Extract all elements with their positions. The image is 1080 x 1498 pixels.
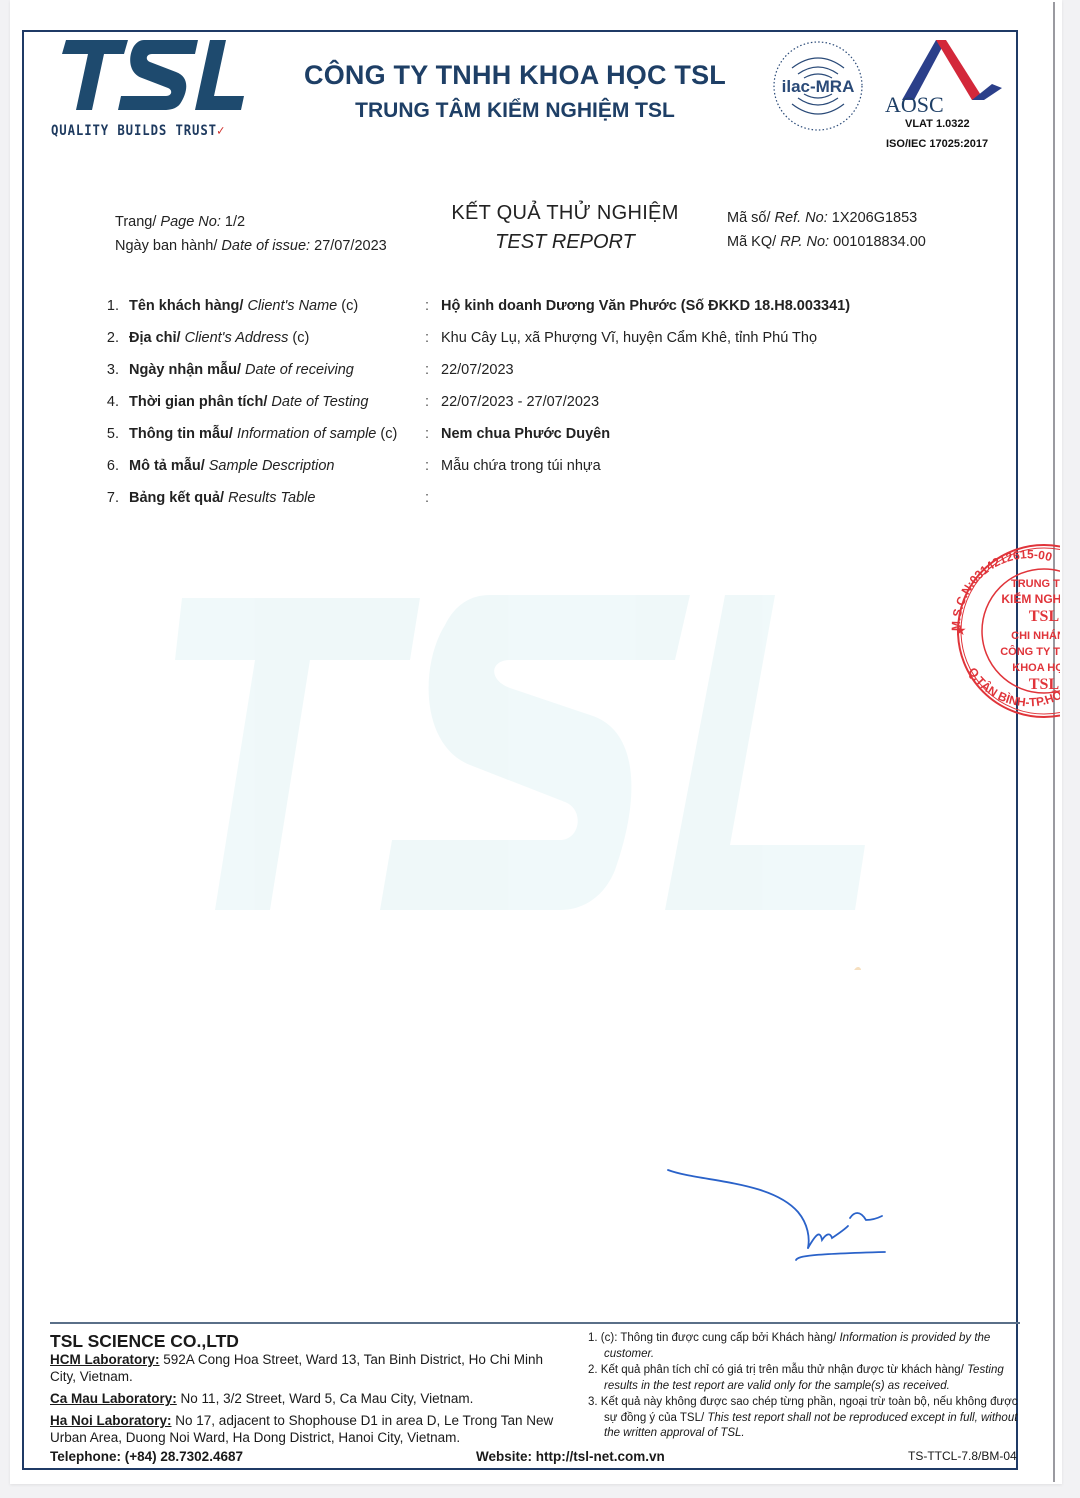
tsl-logo bbox=[48, 34, 248, 114]
aosc-label: AOSC bbox=[885, 92, 944, 118]
page-number: Trang/ Page No: 1/2 bbox=[115, 210, 387, 234]
svg-text:TSL: TSL bbox=[1029, 676, 1059, 693]
tsl-watermark bbox=[170, 570, 890, 970]
svg-text:★: ★ bbox=[954, 622, 967, 638]
info-row-sample-info: 5. Thông tin mẫu/ Information of sample … bbox=[95, 426, 915, 458]
svg-text:CHI NHÁNH: CHI NHÁNH bbox=[1011, 629, 1073, 642]
company-stamp: M.S.C.N:0314212615-00 Q.TÂN BÌNH-TP.HỒ ★… bbox=[942, 543, 1080, 719]
company-heading: CÔNG TY TNHH KHOA HỌC TSL TRUNG TÂM KIỂM… bbox=[290, 60, 740, 123]
svg-text:TRUNG TÂM: TRUNG TÂM bbox=[1011, 577, 1077, 590]
info-row-date-testing: 4. Thời gian phân tích/ Date of Testing … bbox=[95, 394, 915, 426]
note-3: 3. Kết quả này không được sao chép từng … bbox=[588, 1395, 1028, 1442]
center-name: TRUNG TÂM KIỂM NGHIỆM TSL bbox=[290, 99, 740, 123]
info-row-client-name: 1. Tên khách hàng/ Client's Name (c) : H… bbox=[95, 298, 915, 330]
ilac-mra-logo: ilac-MRA bbox=[770, 38, 866, 134]
svg-text:CÔNG TY TNHH: CÔNG TY TNHH bbox=[1000, 645, 1080, 658]
ref-number: Mã số/ Ref. No: 1X206G1853 bbox=[727, 206, 926, 230]
website-link[interactable]: Website: http://tsl-net.com.vn bbox=[476, 1449, 665, 1464]
logo-tagline: QUALITY BUILDS TRUST✓ bbox=[51, 123, 225, 139]
info-row-sample-description: 6. Mô tả mẫu/ Sample Description : Mẫu c… bbox=[95, 458, 915, 490]
check-icon: ✓ bbox=[217, 123, 225, 139]
footer-notes: 1. (c): Thông tin được cung cấp bởi Khác… bbox=[588, 1331, 1028, 1443]
report-title: KẾT QUẢ THỬ NGHIỆM TEST REPORT bbox=[440, 202, 690, 254]
title-vn: KẾT QUẢ THỬ NGHIỆM bbox=[440, 202, 690, 225]
report-meta-left: Trang/ Page No: 1/2 Ngày ban hành/ Date … bbox=[115, 210, 387, 258]
svg-text:KHOA HỌC: KHOA HỌC bbox=[1012, 662, 1072, 674]
page-edge bbox=[1053, 2, 1055, 1482]
lab-hanoi: Ha Noi Laboratory: No 17, adjacent to Sh… bbox=[50, 1412, 570, 1446]
vlat-code: VLAT 1.0322 bbox=[905, 118, 970, 130]
footer-divider bbox=[50, 1322, 1020, 1324]
form-code: TS-TTCL-7.8/BM-04 bbox=[908, 1449, 1017, 1463]
info-row-client-address: 2. Địa chỉ/ Client's Address (c) : Khu C… bbox=[95, 330, 915, 362]
info-row-date-receiving: 3. Ngày nhận mẫu/ Date of receiving : 22… bbox=[95, 362, 915, 394]
info-row-results-table: 7. Bảng kết quả/ Results Table : bbox=[95, 490, 915, 522]
title-en: TEST REPORT bbox=[440, 231, 690, 254]
telephone: Telephone: (+84) 28.7302.4687 bbox=[50, 1449, 243, 1464]
note-2: 2. Kết quả phân tích chỉ có giá trị trên… bbox=[588, 1363, 1028, 1394]
lab-camau: Ca Mau Laboratory: No 11, 3/2 Street, Wa… bbox=[50, 1390, 570, 1407]
footer-contacts: TSL SCIENCE CO.,LTD HCM Laboratory: 592A… bbox=[50, 1333, 570, 1451]
issue-date: Ngày ban hành/ Date of issue: 27/07/2023 bbox=[115, 234, 387, 258]
sample-info-list: 1. Tên khách hàng/ Client's Name (c) : H… bbox=[95, 298, 915, 522]
svg-text:KIỂM NGHIỆM: KIỂM NGHIỆM bbox=[1001, 591, 1080, 606]
svg-text:TSL: TSL bbox=[1029, 608, 1059, 625]
lab-hcm: HCM Laboratory: 592A Cong Hoa Street, Wa… bbox=[50, 1351, 570, 1385]
note-1: 1. (c): Thông tin được cung cấp bởi Khác… bbox=[588, 1331, 1028, 1362]
rp-number: Mã KQ/ RP. No: 001018834.00 bbox=[727, 230, 926, 254]
company-name: CÔNG TY TNHH KHOA HỌC TSL bbox=[290, 60, 740, 91]
signature bbox=[660, 1160, 890, 1270]
iso-standard: ISO/IEC 17025:2017 bbox=[886, 138, 988, 150]
footer-company: TSL SCIENCE CO.,LTD bbox=[50, 1333, 570, 1350]
svg-text:ilac-MRA: ilac-MRA bbox=[782, 77, 855, 96]
report-meta-right: Mã số/ Ref. No: 1X206G1853 Mã KQ/ RP. No… bbox=[727, 206, 926, 254]
